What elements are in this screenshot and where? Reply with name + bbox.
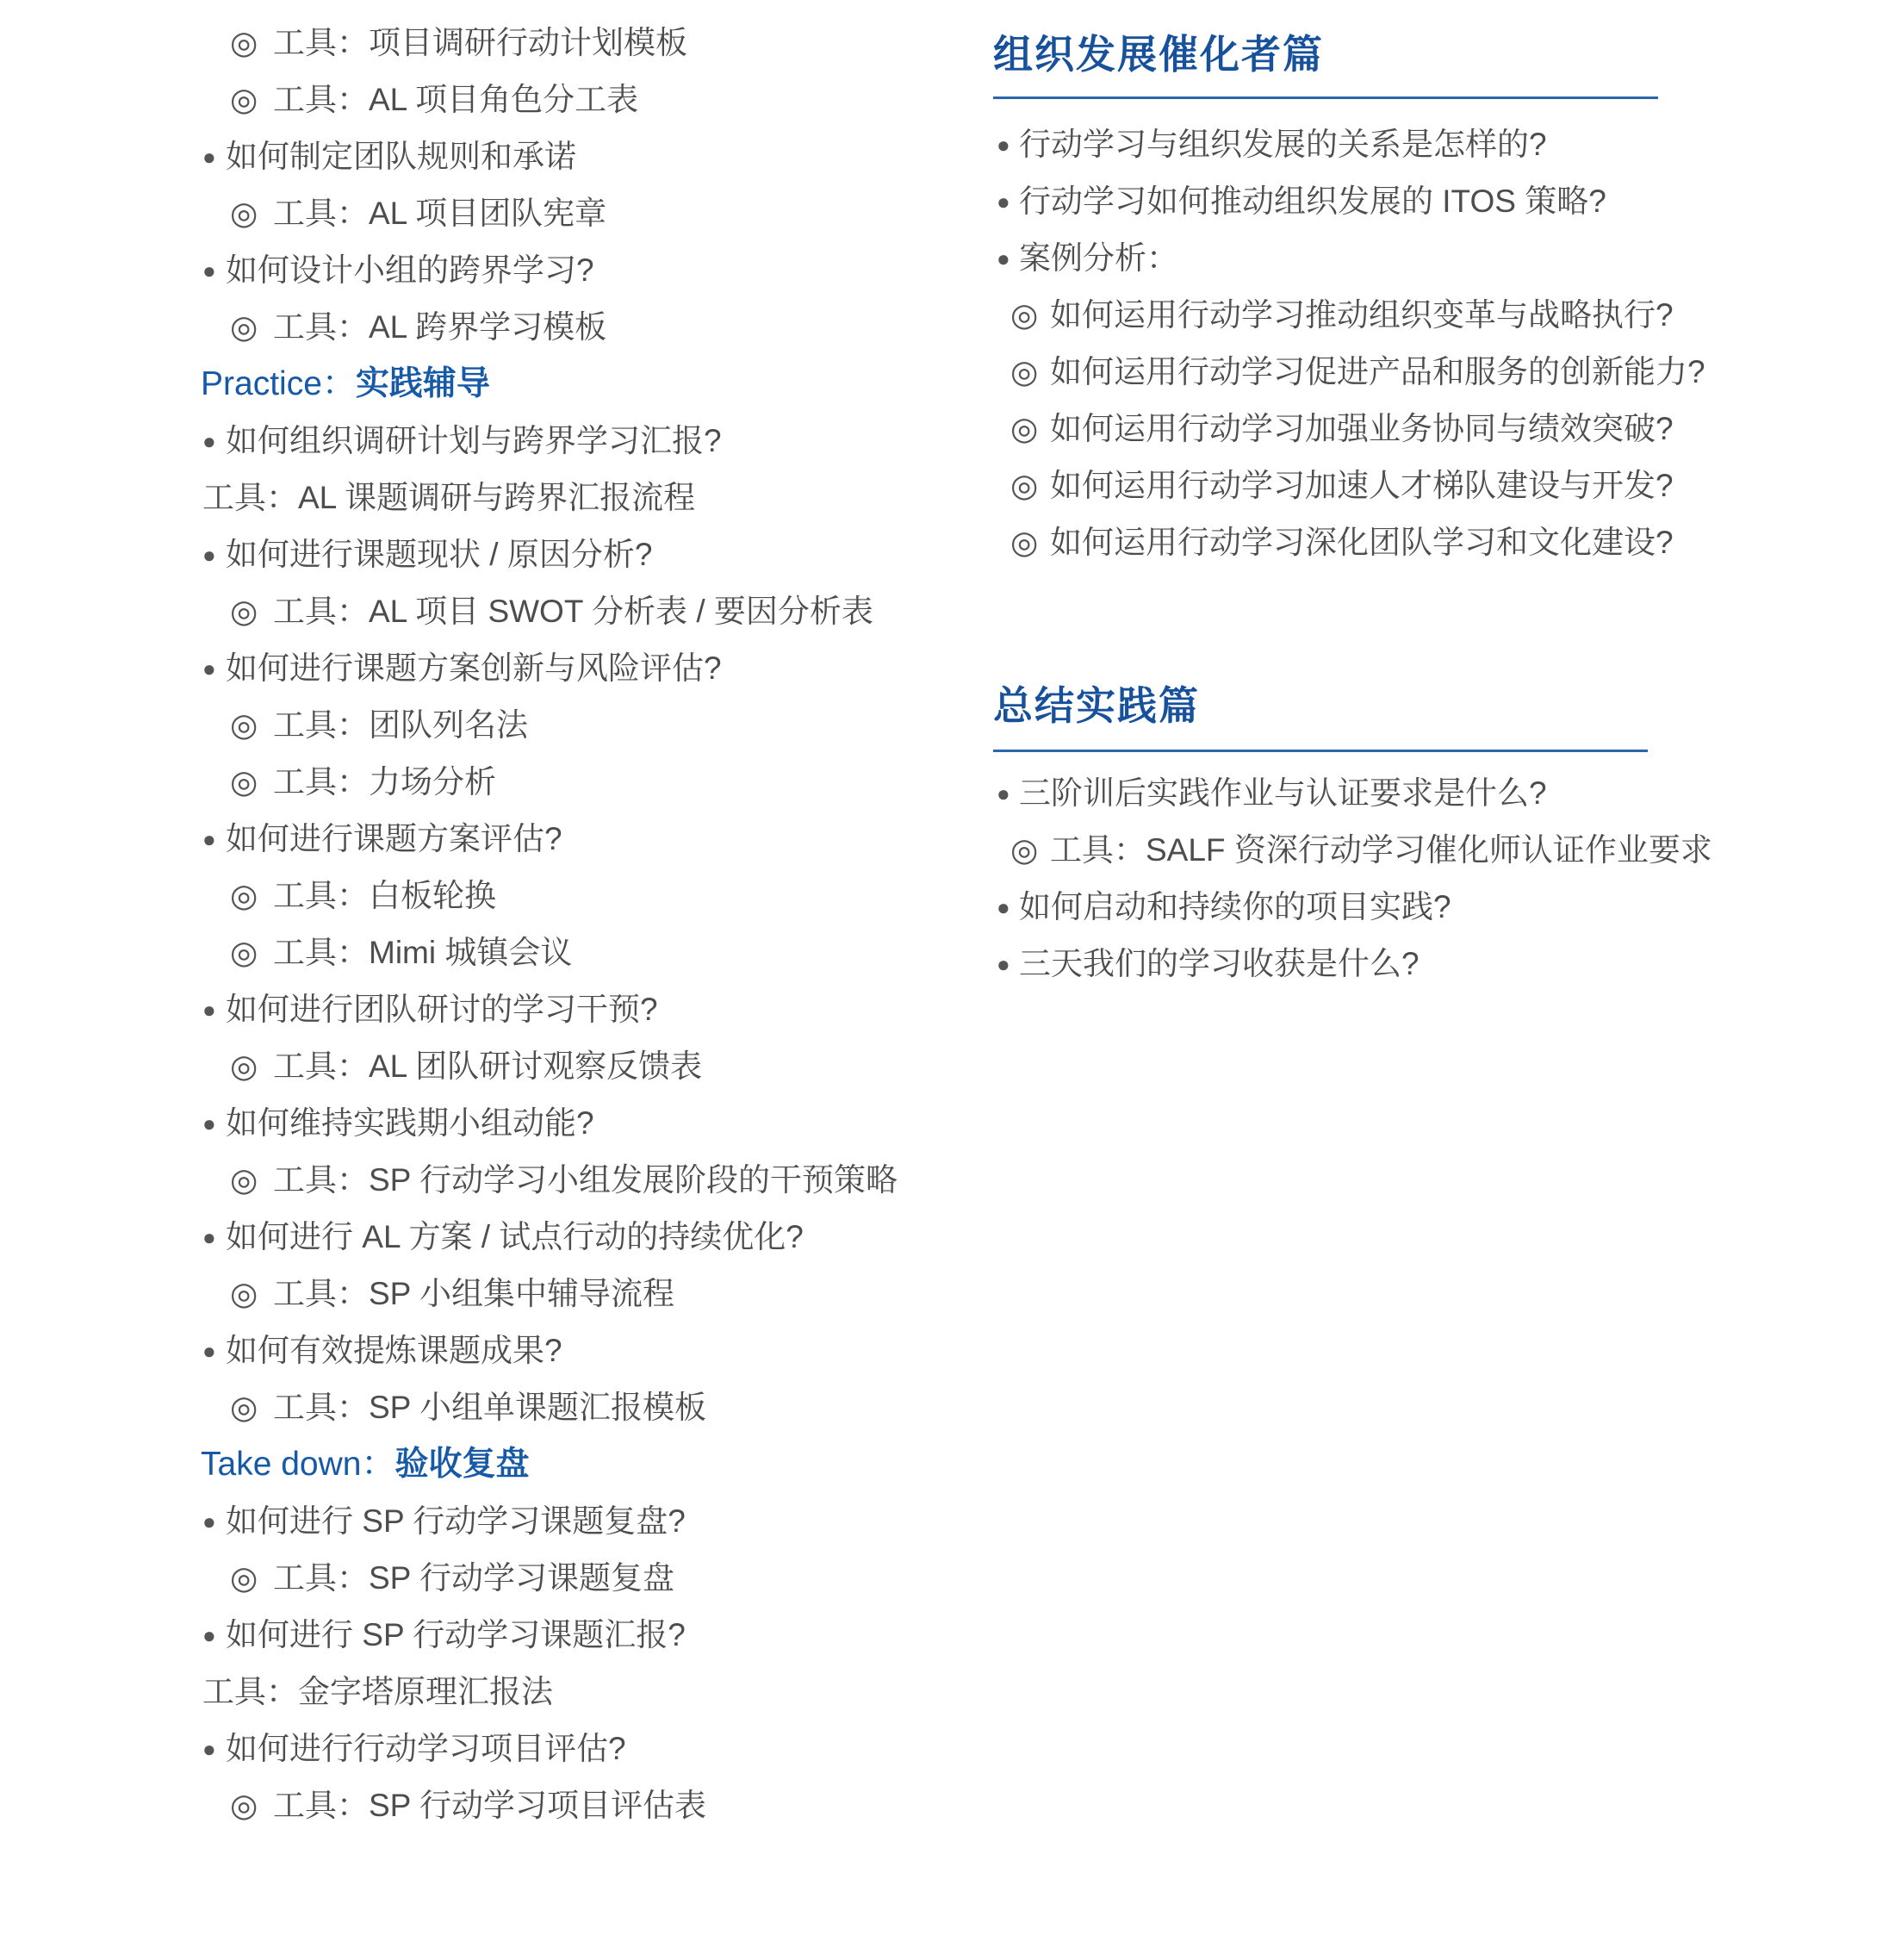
outline-item-text: 工具：项目调研行动计划模板 bbox=[201, 15, 687, 72]
outline-item-text: 工具：SP 行动学习项目评估表 bbox=[201, 1777, 706, 1834]
outline-item-text: 如何启动和持续你的项目实践? bbox=[993, 879, 1451, 936]
outline-item-text: 如何运用行动学习促进产品和服务的创新能力? bbox=[993, 344, 1705, 401]
outline-item-text: 如何制定团队规则和承诺 bbox=[201, 128, 576, 185]
phase-label-zh: 验收复盘 bbox=[394, 1446, 529, 1483]
double-circle-icon: ◎ bbox=[230, 1038, 258, 1095]
bullet-dot-icon: ● bbox=[202, 981, 216, 1038]
outline-item-tool: ◎工具：AL 项目角色分工表 bbox=[201, 72, 993, 128]
outline-item-bullet: ●如何设计小组的跨界学习? bbox=[201, 242, 993, 299]
section-item-list: ●三阶训后实践作业与认证要求是什么?◎工具：SALF 资深行动学习催化师认证作业… bbox=[993, 765, 1682, 992]
outline-item-text: 如何进行 SP 行动学习课题复盘? bbox=[201, 1493, 686, 1550]
outline-item-bullet: ●如何有效提炼课题成果? bbox=[201, 1322, 993, 1379]
outline-item-text: 三阶训后实践作业与认证要求是什么? bbox=[993, 765, 1547, 822]
phase-separator: ： bbox=[322, 365, 356, 402]
double-circle-icon: ◎ bbox=[230, 868, 258, 924]
outline-item-text: 工具：AL 项目 SWOT 分析表 / 要因分析表 bbox=[201, 583, 873, 640]
outline-item-bullet: ●如何制定团队规则和承诺 bbox=[201, 128, 993, 185]
double-circle-icon: ◎ bbox=[230, 697, 258, 754]
outline-item-text: 工具：SP 小组集中辅导流程 bbox=[201, 1266, 674, 1322]
outline-item-bullet: ●如何进行课题现状 / 原因分析? bbox=[201, 526, 993, 583]
outline-item-tool: ◎工具：SP 小组单课题汇报模板 bbox=[201, 1379, 993, 1436]
course-outline-page: ◎工具：项目调研行动计划模板◎工具：AL 项目角色分工表●如何制定团队规则和承诺… bbox=[0, 0, 1901, 1960]
double-circle-icon: ◎ bbox=[230, 1777, 258, 1834]
bullet-dot-icon: ● bbox=[997, 173, 1010, 230]
outline-item-phase: Take down：验收复盘 bbox=[201, 1436, 993, 1493]
bullet-dot-icon: ● bbox=[997, 765, 1010, 822]
outline-item-text: 工具：AL 项目团队宪章 bbox=[201, 185, 606, 242]
outline-item-bullet: ●行动学习与组织发展的关系是怎样的? bbox=[993, 116, 1682, 173]
bullet-dot-icon: ● bbox=[997, 116, 1010, 173]
double-circle-icon: ◎ bbox=[230, 1379, 258, 1436]
outline-item-text: 工具：SP 行动学习小组发展阶段的干预策略 bbox=[201, 1152, 898, 1209]
bullet-dot-icon: ● bbox=[997, 936, 1010, 992]
double-circle-icon: ◎ bbox=[230, 583, 258, 640]
outline-item-plain: 工具：金字塔原理汇报法 bbox=[201, 1664, 993, 1720]
outline-item-text: 如何进行 AL 方案 / 试点行动的持续优化? bbox=[201, 1209, 804, 1266]
outline-item-text: 工具：金字塔原理汇报法 bbox=[201, 1664, 553, 1720]
section-title: 组织发展催化者篇 bbox=[993, 31, 1682, 78]
bullet-dot-icon: ● bbox=[202, 1095, 216, 1152]
bullet-dot-icon: ● bbox=[202, 526, 216, 583]
outline-item-sub: ◎如何运用行动学习加强业务协同与绩效突破? bbox=[993, 401, 1682, 457]
double-circle-icon: ◎ bbox=[1010, 287, 1038, 344]
outline-item-bullet: ●三天我们的学习收获是什么? bbox=[993, 936, 1682, 992]
outline-item-text: 行动学习与组织发展的关系是怎样的? bbox=[993, 116, 1547, 173]
bullet-dot-icon: ● bbox=[202, 1493, 216, 1550]
outline-item-tool: ◎工具：团队列名法 bbox=[201, 697, 993, 754]
outline-item-text: 如何进行课题方案创新与风险评估? bbox=[201, 640, 722, 697]
right-column: 组织发展催化者篇 ●行动学习与组织发展的关系是怎样的?●行动学习如何推动组织发展… bbox=[993, 0, 1682, 992]
outline-item-tool: ◎工具：Mimi 城镇会议 bbox=[201, 924, 993, 981]
outline-item-text: 如何维持实践期小组动能? bbox=[201, 1095, 594, 1152]
bullet-dot-icon: ● bbox=[202, 1322, 216, 1379]
outline-item-sub: ◎如何运用行动学习推动组织变革与战略执行? bbox=[993, 287, 1682, 344]
double-circle-icon: ◎ bbox=[1010, 514, 1038, 571]
section-underline bbox=[993, 96, 1658, 99]
double-circle-icon: ◎ bbox=[230, 1550, 258, 1607]
bullet-dot-icon: ● bbox=[997, 879, 1010, 936]
double-circle-icon: ◎ bbox=[230, 924, 258, 981]
outline-item-bullet: ●案例分析： bbox=[993, 230, 1682, 287]
outline-item-text: 工具：AL 课题调研与跨界汇报流程 bbox=[201, 470, 695, 526]
double-circle-icon: ◎ bbox=[230, 1266, 258, 1322]
outline-item-bullet: ●如何进行 SP 行动学习课题复盘? bbox=[201, 1493, 993, 1550]
outline-item-text: 案例分析： bbox=[993, 230, 1178, 287]
phase-label-en: Take down bbox=[201, 1446, 361, 1483]
outline-item-text: 如何运用行动学习加速人才梯队建设与开发? bbox=[993, 457, 1674, 514]
outline-item-tool: ◎工具：SP 行动学习小组发展阶段的干预策略 bbox=[201, 1152, 993, 1209]
double-circle-icon: ◎ bbox=[1010, 457, 1038, 514]
outline-item-text: 如何运用行动学习推动组织变革与战略执行? bbox=[993, 287, 1674, 344]
outline-item-text: 如何设计小组的跨界学习? bbox=[201, 242, 594, 299]
outline-item-text: 工具：SP 小组单课题汇报模板 bbox=[201, 1379, 706, 1436]
outline-item-bullet: ●如何进行 AL 方案 / 试点行动的持续优化? bbox=[201, 1209, 993, 1266]
outline-item-text: 如何组织调研计划与跨界学习汇报? bbox=[201, 413, 722, 470]
bullet-dot-icon: ● bbox=[202, 128, 216, 185]
outline-item-sub: ◎工具：SALF 资深行动学习催化师认证作业要求 bbox=[993, 822, 1682, 879]
double-circle-icon: ◎ bbox=[1010, 344, 1038, 401]
outline-item-sub: ◎如何运用行动学习加速人才梯队建设与开发? bbox=[993, 457, 1682, 514]
outline-item-text: 如何运用行动学习加强业务协同与绩效突破? bbox=[993, 401, 1674, 457]
outline-item-plain: 工具：AL 课题调研与跨界汇报流程 bbox=[201, 470, 993, 526]
bullet-dot-icon: ● bbox=[202, 242, 216, 299]
outline-item-tool: ◎工具：AL 项目团队宪章 bbox=[201, 185, 993, 242]
outline-item-bullet: ●如何进行行动学习项目评估? bbox=[201, 1720, 993, 1777]
double-circle-icon: ◎ bbox=[230, 15, 258, 72]
outline-item-text: 如何进行课题方案评估? bbox=[201, 811, 562, 868]
phase-separator: ： bbox=[361, 1446, 394, 1483]
outline-item-text: 工具：AL 跨界学习模板 bbox=[201, 299, 606, 356]
outline-item-text: 工具：AL 项目角色分工表 bbox=[201, 72, 638, 128]
bullet-dot-icon: ● bbox=[202, 413, 216, 470]
section-od-catalyst: 组织发展催化者篇 ●行动学习与组织发展的关系是怎样的?●行动学习如何推动组织发展… bbox=[993, 31, 1682, 571]
outline-item-tool: ◎工具：白板轮换 bbox=[201, 868, 993, 924]
outline-item-text: Take down：验收复盘 bbox=[201, 1436, 529, 1493]
outline-item-text: 三天我们的学习收获是什么? bbox=[993, 936, 1420, 992]
section-item-list: ●行动学习与组织发展的关系是怎样的?●行动学习如何推动组织发展的 ITOS 策略… bbox=[993, 116, 1682, 571]
phase-label-en: Practice bbox=[201, 365, 322, 402]
section-title: 总结实践篇 bbox=[993, 682, 1682, 729]
outline-item-bullet: ●如何进行课题方案创新与风险评估? bbox=[201, 640, 993, 697]
outline-item-sub: ◎如何运用行动学习促进产品和服务的创新能力? bbox=[993, 344, 1682, 401]
outline-item-text: Practice：实践辅导 bbox=[201, 356, 490, 413]
double-circle-icon: ◎ bbox=[230, 72, 258, 128]
double-circle-icon: ◎ bbox=[230, 754, 258, 811]
bullet-dot-icon: ● bbox=[202, 640, 216, 697]
outline-item-text: 如何有效提炼课题成果? bbox=[201, 1322, 562, 1379]
outline-item-text: 行动学习如何推动组织发展的 ITOS 策略? bbox=[993, 173, 1606, 230]
section-summary-practice: 总结实践篇 ●三阶训后实践作业与认证要求是什么?◎工具：SALF 资深行动学习催… bbox=[993, 682, 1682, 992]
outline-item-text: 如何进行团队研讨的学习干预? bbox=[201, 981, 658, 1038]
outline-item-bullet: ●如何启动和持续你的项目实践? bbox=[993, 879, 1682, 936]
outline-item-text: 工具：SALF 资深行动学习催化师认证作业要求 bbox=[993, 822, 1712, 879]
outline-item-sub: ◎如何运用行动学习深化团队学习和文化建设? bbox=[993, 514, 1682, 571]
left-outline-list: ◎工具：项目调研行动计划模板◎工具：AL 项目角色分工表●如何制定团队规则和承诺… bbox=[201, 15, 993, 1834]
double-circle-icon: ◎ bbox=[1010, 822, 1038, 879]
bullet-dot-icon: ● bbox=[202, 1720, 216, 1777]
bullet-dot-icon: ● bbox=[997, 230, 1010, 287]
double-circle-icon: ◎ bbox=[230, 185, 258, 242]
double-circle-icon: ◎ bbox=[230, 299, 258, 356]
outline-item-bullet: ●三阶训后实践作业与认证要求是什么? bbox=[993, 765, 1682, 822]
outline-item-text: 工具：SP 行动学习课题复盘 bbox=[201, 1550, 674, 1607]
bullet-dot-icon: ● bbox=[202, 811, 216, 868]
outline-item-phase: Practice：实践辅导 bbox=[201, 356, 993, 413]
left-column: ◎工具：项目调研行动计划模板◎工具：AL 项目角色分工表●如何制定团队规则和承诺… bbox=[201, 15, 993, 1834]
phase-label-zh: 实践辅导 bbox=[356, 365, 490, 402]
outline-item-text: 如何进行行动学习项目评估? bbox=[201, 1720, 626, 1777]
outline-item-bullet: ●如何组织调研计划与跨界学习汇报? bbox=[201, 413, 993, 470]
outline-item-bullet: ●如何进行 SP 行动学习课题汇报? bbox=[201, 1607, 993, 1664]
outline-item-bullet: ●行动学习如何推动组织发展的 ITOS 策略? bbox=[993, 173, 1682, 230]
outline-item-tool: ◎工具：项目调研行动计划模板 bbox=[201, 15, 993, 72]
outline-item-text: 如何进行课题现状 / 原因分析? bbox=[201, 526, 652, 583]
outline-item-tool: ◎工具：力场分析 bbox=[201, 754, 993, 811]
outline-item-tool: ◎工具：AL 项目 SWOT 分析表 / 要因分析表 bbox=[201, 583, 993, 640]
outline-item-bullet: ●如何维持实践期小组动能? bbox=[201, 1095, 993, 1152]
outline-item-text: 如何进行 SP 行动学习课题汇报? bbox=[201, 1607, 686, 1664]
outline-item-tool: ◎工具：AL 团队研讨观察反馈表 bbox=[201, 1038, 993, 1095]
outline-item-text: 如何运用行动学习深化团队学习和文化建设? bbox=[993, 514, 1674, 571]
outline-item-tool: ◎工具：SP 小组集中辅导流程 bbox=[201, 1266, 993, 1322]
bullet-dot-icon: ● bbox=[202, 1607, 216, 1664]
outline-item-bullet: ●如何进行课题方案评估? bbox=[201, 811, 993, 868]
double-circle-icon: ◎ bbox=[230, 1152, 258, 1209]
bullet-dot-icon: ● bbox=[202, 1209, 216, 1266]
outline-item-tool: ◎工具：SP 行动学习课题复盘 bbox=[201, 1550, 993, 1607]
outline-item-tool: ◎工具：SP 行动学习项目评估表 bbox=[201, 1777, 993, 1834]
section-underline bbox=[993, 750, 1648, 752]
outline-item-bullet: ●如何进行团队研讨的学习干预? bbox=[201, 981, 993, 1038]
double-circle-icon: ◎ bbox=[1010, 401, 1038, 457]
outline-item-tool: ◎工具：AL 跨界学习模板 bbox=[201, 299, 993, 356]
outline-item-text: 工具：AL 团队研讨观察反馈表 bbox=[201, 1038, 702, 1095]
